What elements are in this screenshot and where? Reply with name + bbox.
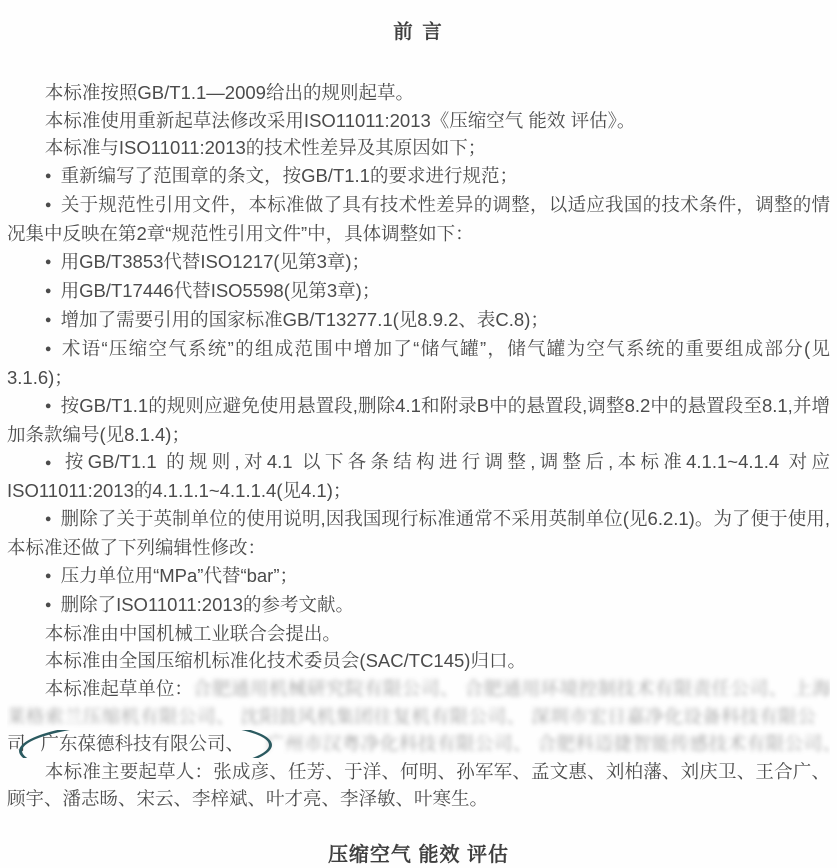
paragraph-text: 按GB/T1.1的规则应避免使用悬置段,删除4.1和附录B中的悬置段,调整8.2… bbox=[7, 395, 830, 445]
bullet-item: ●删除了ISO11011:2013的参考文献。 bbox=[7, 591, 830, 620]
bullet-icon: ● bbox=[45, 249, 52, 277]
paragraph: 本标准按照GB/T1.1—2009给出的规则起草。 bbox=[7, 79, 830, 107]
paragraph-text: 关于规范性引用文件，本标准做了具有技术性差异的调整，以适应我国的技术条件，调整的… bbox=[7, 194, 830, 244]
bullet-icon: ● bbox=[45, 393, 52, 421]
bullet-icon: ● bbox=[45, 563, 52, 591]
blurred-company-names-2: 莱格索兰压缩机有限公司、 沈阳鼓风机集团往复机有限公司、 深圳市宏日嘉净化设备科… bbox=[7, 706, 816, 727]
blurred-company-names-3: 广州市汉粤净化科技有限公司、 合肥科迈捷智能传感技术有限公司、 bbox=[266, 733, 830, 754]
bullet-item: ●按GB/T1.1 的规则,对4.1 以下各条结构进行调整,调整后,本标准4.1… bbox=[7, 448, 830, 505]
paragraph-text: 用GB/T3853代替ISO1217(见第3章)； bbox=[61, 251, 370, 272]
bullet-item: ●压力单位用“MPa”代替“bar”； bbox=[7, 562, 830, 591]
bullet-item: ●用GB/T17446代替ISO5598(见第3章)； bbox=[7, 277, 830, 306]
drafters-paragraph: 本标准主要起草人：张成彦、任芳、于洋、何明、孙军军、孟文惠、刘柏藩、刘庆卫、王合… bbox=[7, 758, 830, 813]
paragraph-text: 本标准与ISO11011:2013的技术性差异及其原因如下； bbox=[45, 137, 486, 158]
bullet-icon: ● bbox=[45, 592, 52, 620]
page-title: 前 言 bbox=[7, 18, 830, 46]
paragraph-text: 本标准使用重新起草法修改采用ISO11011:2013《压缩空气 能效 评估》。 bbox=[45, 110, 635, 131]
paragraph-text: 删除了ISO11011:2013的参考文献。 bbox=[61, 594, 354, 615]
bullet-item: ●按GB/T1.1的规则应避免使用悬置段,删除4.1和附录B中的悬置段,调整8.… bbox=[7, 392, 830, 449]
document-page: 前 言 本标准按照GB/T1.1—2009给出的规则起草。本标准使用重新起草法修… bbox=[0, 0, 837, 868]
paragraph-text: 压力单位用“MPa”代替“bar”； bbox=[61, 565, 298, 586]
wrapped-company-char: 司 bbox=[7, 733, 26, 754]
drafting-units-label: 本标准起草单位： bbox=[45, 678, 193, 699]
paragraph-text: 增加了需要引用的国家标准GB/T13277.1(见8.9.2、表C.8)； bbox=[61, 309, 549, 330]
blurred-company-names-1: 合肥通用机械研究院有限公司、 合肥通用环境控制技术有限责任公司、 上海 bbox=[193, 678, 830, 699]
bullet-item: ●用GB/T3853代替ISO1217(见第3章)； bbox=[7, 248, 830, 277]
paragraph-text: 用GB/T17446代替ISO5598(见第3章)； bbox=[61, 280, 381, 301]
paragraph: 本标准使用重新起草法修改采用ISO11011:2013《压缩空气 能效 评估》。 bbox=[7, 107, 830, 135]
bullet-icon: ● bbox=[45, 192, 52, 220]
bullet-icon: ● bbox=[45, 163, 52, 191]
paragraph-text: 本标准按照GB/T1.1—2009给出的规则起草。 bbox=[45, 82, 414, 103]
bullet-icon: ● bbox=[45, 307, 52, 335]
paragraph: 本标准由中国机械工业联合会提出。 bbox=[7, 620, 830, 648]
bullet-item: ●重新编写了范围章的条文，按GB/T1.1的要求进行规范； bbox=[7, 162, 830, 191]
drafting-units-line-2: 莱格索兰压缩机有限公司、 沈阳鼓风机集团往复机有限公司、 深圳市宏日嘉净化设备科… bbox=[7, 703, 830, 731]
bullet-icon: ● bbox=[45, 506, 52, 534]
drafting-units-line-3: 司广东葆德科技有限公司、广州市汉粤净化科技有限公司、 合肥科迈捷智能传感技术有限… bbox=[7, 730, 830, 758]
circled-company-name: 广东葆德科技有限公司、 bbox=[41, 733, 245, 754]
paragraph-text: 重新编写了范围章的条文，按GB/T1.1的要求进行规范； bbox=[61, 165, 518, 186]
bullet-item: ●术语“压缩空气系统”的组成范围中增加了“储气罐”，储气罐为空气系统的重要组成部… bbox=[7, 335, 830, 392]
section-heading: 压缩空气 能效 评估 bbox=[7, 840, 830, 868]
bullet-icon: ● bbox=[45, 450, 52, 478]
paragraph-text: 本标准由中国机械工业联合会提出。 bbox=[45, 623, 341, 644]
paragraph-text: 本标准由全国压缩机标准化技术委员会(SAC/TC145)归口。 bbox=[45, 650, 526, 671]
bullet-item: ●关于规范性引用文件，本标准做了具有技术性差异的调整，以适应我国的技术条件，调整… bbox=[7, 191, 830, 248]
bullet-icon: ● bbox=[45, 336, 52, 364]
bullet-item: ●增加了需要引用的国家标准GB/T13277.1(见8.9.2、表C.8)； bbox=[7, 306, 830, 335]
bullet-icon: ● bbox=[45, 278, 52, 306]
bullet-item: ●删除了关于英制单位的使用说明,因我国现行标准通常不采用英制单位(见6.2.1)… bbox=[7, 505, 830, 562]
paragraph: 本标准由全国压缩机标准化技术委员会(SAC/TC145)归口。 bbox=[7, 647, 830, 675]
paragraph: 本标准与ISO11011:2013的技术性差异及其原因如下； bbox=[7, 134, 830, 162]
paragraph-list: 本标准按照GB/T1.1—2009给出的规则起草。本标准使用重新起草法修改采用I… bbox=[7, 79, 830, 675]
paragraph-text: 删除了关于英制单位的使用说明,因我国现行标准通常不采用英制单位(见6.2.1)。… bbox=[7, 508, 830, 558]
drafting-units-line-1: 本标准起草单位：合肥通用机械研究院有限公司、 合肥通用环境控制技术有限责任公司、… bbox=[7, 675, 830, 703]
drafting-units-section: 本标准起草单位：合肥通用机械研究院有限公司、 合肥通用环境控制技术有限责任公司、… bbox=[7, 675, 830, 758]
paragraph-text: 按GB/T1.1 的规则,对4.1 以下各条结构进行调整,调整后,本标准4.1.… bbox=[7, 451, 830, 501]
paragraph-text: 术语“压缩空气系统”的组成范围中增加了“储气罐”，储气罐为空气系统的重要组成部分… bbox=[7, 338, 830, 388]
